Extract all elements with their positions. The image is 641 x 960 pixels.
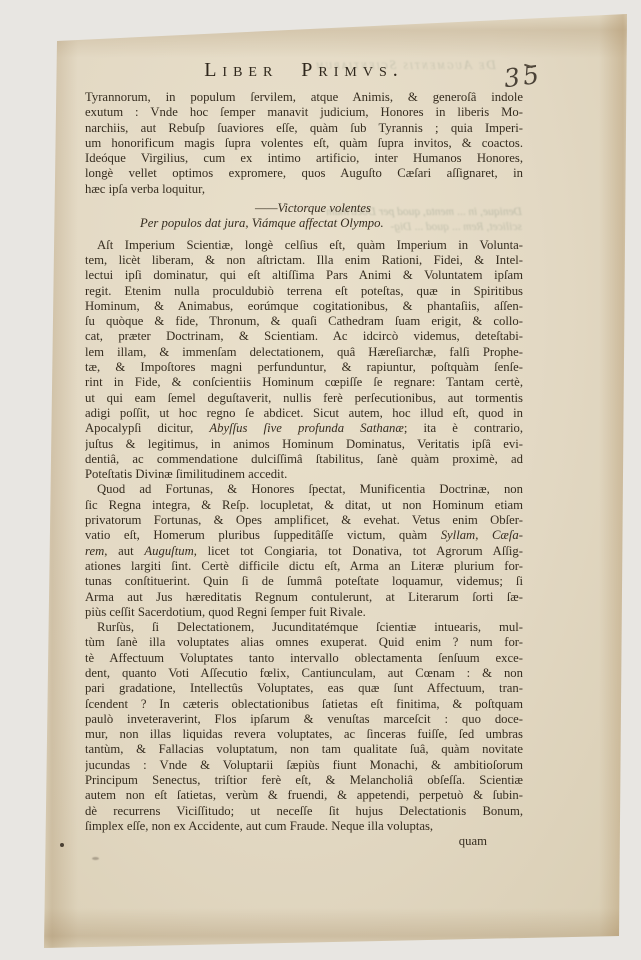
catchword: quam — [85, 834, 523, 849]
text-line: um honorificum magis ſupra volentes eſt,… — [85, 136, 523, 151]
text-line: Arma aut Jus hæreditatis Regnum contuler… — [85, 590, 523, 605]
text-line: Poteſtatis Divinæ ſimilitudinem accedit. — [85, 467, 523, 482]
text-line: Hominum, & Animabus, eorúmque cogitation… — [85, 299, 523, 314]
text-line: cat, præter Doctrinam, & Scientiam. Ac i… — [85, 329, 523, 344]
text-line: paulò inveteraverint, Flos ipſarum & ven… — [85, 712, 523, 727]
running-title: Liber Primvs. — [85, 59, 523, 82]
text-line: tantùm, & Fallacias voluptatum, non tam … — [85, 742, 523, 757]
text-line: lem illam, & immenſam delectationem, quâ… — [85, 345, 523, 360]
text-line: hæc ipſa verba loquitur, — [85, 182, 523, 197]
text-line: ationes largiti ſint. Certè difficile di… — [85, 559, 523, 574]
text-line: Tyrannorum, in populum ſervilem, atque A… — [85, 90, 523, 105]
text-line: dentiâ, ac commendatione dulciſſimâ ſtab… — [85, 452, 523, 467]
text-line: pari gradatione, Intellectûs Voluptates,… — [85, 681, 523, 696]
text-line: privatorum Fortunas, & Opes amplificet, … — [85, 513, 523, 528]
paragraph-4: Rurſùs, ſi Delectationem, Jucunditatémqu… — [85, 620, 523, 834]
text-line: piùs ceſſit Sacerdotium, quod Regni ſemp… — [85, 605, 523, 620]
text-line: Per populos dat jura, Viámque affectat O… — [85, 216, 523, 231]
text-line: tem, licèt liberam, & non aſtrictam. Ill… — [85, 253, 523, 268]
text-line: lectui ipſi dominatur, qui eſt altiſſima… — [85, 268, 523, 283]
text-line: autem non eſt ſatietas, verùm & fruendi,… — [85, 788, 523, 803]
verse-quote: ——Victorque volentesPer populos dat jura… — [85, 201, 523, 232]
text-line: longè vellet optimos expromere, quos Aug… — [85, 166, 523, 181]
text-line: tùm ſanè illa voluptates alias omnes exu… — [85, 635, 523, 650]
paragraph-2: Aſt Imperium Scientiæ, longè celſius eſt… — [85, 238, 523, 483]
paragraph-3: Quod ad Fortunas, & Honores ſpectat, Mun… — [85, 482, 523, 620]
text-line: ſcendent ? In cæteris oblectationibus ſa… — [85, 697, 523, 712]
text-line: Apocalypſi dicitur, Abyſſus ſive profund… — [85, 421, 523, 436]
text-line: tæ, & Impoſtores magni perfunduntur, & r… — [85, 360, 523, 375]
text-line: rem, aut Auguſtum, licet tot Congiaria, … — [85, 544, 523, 559]
ink-speck — [92, 857, 99, 860]
scanned-book-page: De Augmentis Scientiarum Denique, in ...… — [0, 0, 641, 960]
text-block: Tyrannorum, in populum ſervilem, atque A… — [85, 90, 523, 850]
text-line: ut qui eam ſemel deguſtaverit, nullis fe… — [85, 391, 523, 406]
text-line: jucundas : Vnde & Voluptarii ſæpiùs fiun… — [85, 758, 523, 773]
text-line: Principum Senectus, triſtior ferè eſt, &… — [85, 773, 523, 788]
text-line: narchiis, aut Rebuſp ſuaviores eſſe, quà… — [85, 121, 523, 136]
text-line: regit. Etenim nulla proculdubiò terrena … — [85, 284, 523, 299]
text-line: Rurſùs, ſi Delectationem, Jucunditatémqu… — [85, 620, 523, 635]
text-line: ſimplex eſſe, non ex Accidente, aut cum … — [85, 819, 523, 834]
text-line: vatio eſt, Homerum pluribus ſuppeditâſſe… — [85, 528, 523, 543]
text-line: juſtus & legitimus, in animos Hominum Do… — [85, 437, 523, 452]
text-line: Quod ad Fortunas, & Honores ſpectat, Mun… — [85, 482, 523, 497]
text-line: ſic Regna integra, & Reſp. locupletat, &… — [85, 498, 523, 513]
text-line: Ideóque Virgilius, cum ex intimo artific… — [85, 151, 523, 166]
text-line: tè Affectuum Voluptates tanto intervallo… — [85, 651, 523, 666]
text-line: ſu quòque & fide, Thronum, & quaſi Cathe… — [85, 314, 523, 329]
text-line: tunas conſtituerint. Quin ſi de ſummâ po… — [85, 574, 523, 589]
text-line: dè recurrens Viciſſitudo; ut neceſſe ſit… — [85, 804, 523, 819]
text-line: exutum : Vnde hoc ſemper manavit judiciu… — [85, 105, 523, 120]
text-line: adigi poſſit, ut hoc regno ſe abdicet. S… — [85, 406, 523, 421]
text-line: dent, quanto Voti Aſſecutio fœlix, Canti… — [85, 666, 523, 681]
paragraph-1: Tyrannorum, in populum ſervilem, atque A… — [85, 90, 523, 197]
text-line: mur, non illas liquidas revera voluptate… — [85, 727, 523, 742]
text-line: ——Victorque volentes — [85, 201, 523, 216]
ink-speck — [60, 843, 64, 847]
text-line: rint in Fide, & conſcientiis Hominum cœp… — [85, 375, 523, 390]
text-line: Aſt Imperium Scientiæ, longè celſius eſt… — [85, 238, 523, 253]
